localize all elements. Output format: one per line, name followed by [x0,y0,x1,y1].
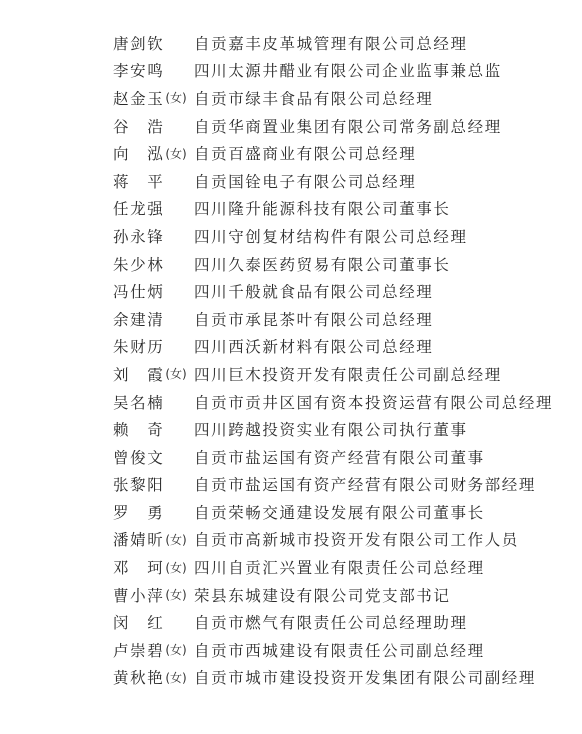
person-name: 余建清 [113,308,164,330]
job-title: 自贡百盛商业有限公司总经理 [194,142,416,164]
job-title: 四川西沃新材料有限公司总经理 [194,335,433,357]
person-name: 罗 勇 [113,501,164,523]
list-item: 张黎阳自贡市盐运国有资产经营有限公司财务部经理 [113,471,553,499]
list-item: 曾俊文自贡市盐运国有资产经营有限公司董事 [113,443,553,471]
person-name: 向 泓 [113,142,164,164]
person-name-cell: 闵 红 [113,611,194,633]
list-item: 谷 浩自贡华商置业集团有限公司常务副总经理 [113,112,553,140]
person-name: 卢崇碧 [113,639,164,661]
list-item: 赵金玉(女)自贡市绿丰食品有限公司总经理 [113,84,553,112]
list-item: 潘婧昕(女)自贡市高新城市投资开发有限公司工作人员 [113,526,553,554]
list-item: 余建清自贡市承昆茶叶有限公司总经理 [113,305,553,333]
gender-note: (女) [165,145,186,162]
person-name-cell: 曾俊文 [113,446,194,468]
person-name-cell: 张黎阳 [113,473,194,495]
list-item: 刘 霞(女)四川巨木投资开发有限责任公司副总经理 [113,360,553,388]
list-item: 任龙强四川隆升能源科技有限公司董事长 [113,195,553,223]
person-name-cell: 唐剑钦 [113,32,194,54]
person-name: 谷 浩 [113,115,164,137]
person-name: 蒋 平 [113,170,164,192]
list-item: 孙永锋四川守创复材结构件有限公司总经理 [113,222,553,250]
person-name-cell: 邓 珂(女) [113,556,194,578]
person-name: 刘 霞 [113,363,164,385]
job-title: 四川守创复材结构件有限公司总经理 [194,225,468,247]
job-title: 四川自贡汇兴置业有限责任公司总经理 [194,556,485,578]
person-name: 闵 红 [113,611,164,633]
person-name: 李安鸣 [113,59,164,81]
list-item: 曹小萍(女)荣县东城建设有限公司党支部书记 [113,581,553,609]
person-name-cell: 谷 浩 [113,115,194,137]
person-name: 任龙强 [113,197,164,219]
job-title: 自贡市高新城市投资开发有限公司工作人员 [194,528,519,550]
job-title: 自贡荣畅交通建设发展有限公司董事长 [194,501,485,523]
person-name-cell: 赖 奇 [113,418,194,440]
gender-note: (女) [165,559,186,576]
person-name-cell: 蒋 平 [113,170,194,192]
list-item: 闵 红自贡市燃气有限责任公司总经理助理 [113,608,553,636]
person-name: 唐剑钦 [113,32,164,54]
person-name-cell: 潘婧昕(女) [113,528,194,550]
gender-note: (女) [165,89,186,106]
person-name: 冯仕炳 [113,280,164,302]
job-title: 自贡市西城建设有限责任公司副总经理 [194,639,485,661]
list-item: 赖 奇四川跨越投资实业有限公司执行董事 [113,415,553,443]
person-name-cell: 曹小萍(女) [113,584,194,606]
person-name-cell: 卢崇碧(女) [113,639,194,661]
person-name-cell: 刘 霞(女) [113,363,194,385]
person-name-cell: 任龙强 [113,197,194,219]
job-title: 四川千般就食品有限公司总经理 [194,280,433,302]
person-name: 孙永锋 [113,225,164,247]
job-title: 四川跨越投资实业有限公司执行董事 [194,418,468,440]
job-title: 四川太源井醋业有限公司企业监事兼总监 [194,59,502,81]
person-name: 赖 奇 [113,418,164,440]
job-title: 自贡国铨电子有限公司总经理 [194,170,416,192]
list-item: 罗 勇自贡荣畅交通建设发展有限公司董事长 [113,498,553,526]
person-name: 朱财历 [113,335,164,357]
job-title: 自贡嘉丰皮革城管理有限公司总经理 [194,32,468,54]
person-name: 潘婧昕 [113,528,164,550]
job-title: 自贡市贡井区国有资本投资运营有限公司总经理 [194,391,553,413]
list-item: 吴名楠自贡市贡井区国有资本投资运营有限公司总经理 [113,388,553,416]
job-title: 自贡华商置业集团有限公司常务副总经理 [194,115,502,137]
person-name-cell: 吴名楠 [113,391,194,413]
job-title: 自贡市燃气有限责任公司总经理助理 [194,611,468,633]
person-name-cell: 罗 勇 [113,501,194,523]
gender-note: (女) [165,531,186,548]
job-title: 自贡市盐运国有资产经营有限公司财务部经理 [194,473,536,495]
person-name-cell: 向 泓(女) [113,142,194,164]
list-item: 冯仕炳四川千般就食品有限公司总经理 [113,277,553,305]
person-name: 张黎阳 [113,473,164,495]
job-title: 自贡市承昆茶叶有限公司总经理 [194,308,433,330]
job-title: 自贡市绿丰食品有限公司总经理 [194,87,433,109]
job-title: 自贡市盐运国有资产经营有限公司董事 [194,446,485,468]
list-item: 卢崇碧(女)自贡市西城建设有限责任公司副总经理 [113,636,553,664]
person-name: 吴名楠 [113,391,164,413]
person-name-cell: 朱少林 [113,253,194,275]
job-title: 自贡市城市建设投资开发集团有限公司副经理 [194,666,536,688]
person-name-cell: 赵金玉(女) [113,87,194,109]
person-name: 赵金玉 [113,87,164,109]
list-item: 黄秋艳(女)自贡市城市建设投资开发集团有限公司副经理 [113,664,553,692]
person-name-cell: 余建清 [113,308,194,330]
person-name: 邓 珂 [113,556,164,578]
personnel-list: 唐剑钦自贡嘉丰皮革城管理有限公司总经理 李安鸣四川太源井醋业有限公司企业监事兼总… [113,29,553,691]
list-item: 向 泓(女)自贡百盛商业有限公司总经理 [113,139,553,167]
person-name: 曹小萍 [113,584,164,606]
person-name-cell: 冯仕炳 [113,280,194,302]
gender-note: (女) [165,669,186,686]
job-title: 荣县东城建设有限公司党支部书记 [194,584,451,606]
list-item: 朱财历四川西沃新材料有限公司总经理 [113,333,553,361]
person-name-cell: 黄秋艳(女) [113,666,194,688]
list-item: 蒋 平自贡国铨电子有限公司总经理 [113,167,553,195]
list-item: 唐剑钦自贡嘉丰皮革城管理有限公司总经理 [113,29,553,57]
gender-note: (女) [165,365,186,382]
gender-note: (女) [165,641,186,658]
list-item: 李安鸣四川太源井醋业有限公司企业监事兼总监 [113,57,553,85]
person-name-cell: 朱财历 [113,335,194,357]
person-name: 黄秋艳 [113,666,164,688]
person-name-cell: 李安鸣 [113,59,194,81]
person-name: 朱少林 [113,253,164,275]
person-name: 曾俊文 [113,446,164,468]
gender-note: (女) [165,586,186,603]
job-title: 四川隆升能源科技有限公司董事长 [194,197,451,219]
job-title: 四川巨木投资开发有限责任公司副总经理 [194,363,502,385]
job-title: 四川久泰医药贸易有限公司董事长 [194,253,451,275]
person-name-cell: 孙永锋 [113,225,194,247]
list-item: 邓 珂(女)四川自贡汇兴置业有限责任公司总经理 [113,553,553,581]
list-item: 朱少林四川久泰医药贸易有限公司董事长 [113,250,553,278]
